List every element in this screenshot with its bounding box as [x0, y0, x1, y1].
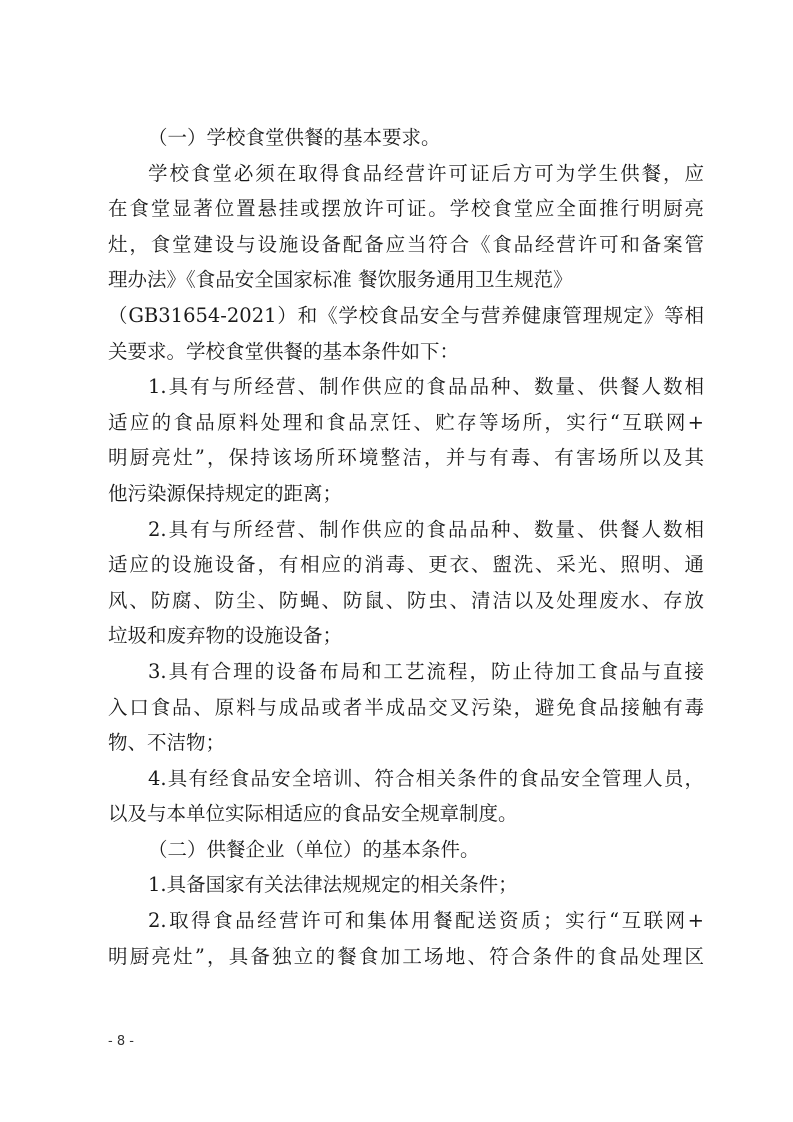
paragraph-line: 关要求。学校食堂供餐的基本条件如下：: [108, 334, 704, 370]
section-heading-2: （二）供餐企业（单位）的基本条件。: [108, 832, 704, 868]
list-item-line: 风、防腐、防尘、防蝇、防鼠、防虫、清洁以及处理废水、存放: [108, 583, 704, 619]
paragraph-line: 灶，食堂建设与设施设备配备应当符合《食品经营许可和备案管: [108, 227, 704, 263]
document-page: （一）学校食堂供餐的基本要求。 学校食堂必须在取得食品经营许可证后方可为学生供餐…: [0, 0, 793, 1122]
section-heading-1: （一）学校食堂供餐的基本要求。: [108, 120, 704, 156]
paragraph-line: （GB31654-2021）和《学校食品安全与营养健康管理规定》等相: [108, 298, 704, 334]
page-number: - 8 -: [108, 1034, 134, 1049]
list-item-line: 适应的设施设备，有相应的消毒、更衣、盥洗、采光、照明、通: [108, 547, 704, 583]
list-item-line: 1.具备国家有关法律法规规定的相关条件；: [108, 867, 704, 903]
paragraph-line: 理办法》《食品安全国家标准 餐饮服务通用卫生规范》: [108, 262, 704, 298]
list-item-line: 明厨亮灶”，具备独立的餐食加工场地、符合条件的食品处理区: [108, 939, 704, 975]
list-item-line: 明厨亮灶”，保持该场所环境整洁，并与有毒、有害场所以及其: [108, 440, 704, 476]
list-item-line: 4.具有经食品安全培训、符合相关条件的食品安全管理人员，: [108, 761, 704, 797]
list-item-line: 2.取得食品经营许可和集体用餐配送资质；实行“互联网+: [108, 903, 704, 939]
list-item-line: 入口食品、原料与成品或者半成品交叉污染，避免食品接触有毒: [108, 690, 704, 726]
list-item-line: 物、不洁物；: [108, 725, 704, 761]
paragraph-line: 学校食堂必须在取得食品经营许可证后方可为学生供餐，应: [108, 156, 704, 192]
list-item-line: 3.具有合理的设备布局和工艺流程，防止待加工食品与直接: [108, 654, 704, 690]
list-item-line: 1.具有与所经营、制作供应的食品品种、数量、供餐人数相: [108, 369, 704, 405]
paragraph-line: 在食堂显著位置悬挂或摆放许可证。学校食堂应全面推行明厨亮: [108, 191, 704, 227]
document-body: （一）学校食堂供餐的基本要求。 学校食堂必须在取得食品经营许可证后方可为学生供餐…: [108, 120, 704, 974]
list-item-line: 他污染源保持规定的距离；: [108, 476, 704, 512]
list-item-line: 适应的食品原料处理和食品烹饪、贮存等场所，实行“互联网+: [108, 405, 704, 441]
list-item-line: 以及与本单位实际相适应的食品安全规章制度。: [108, 796, 704, 832]
list-item-line: 2.具有与所经营、制作供应的食品品种、数量、供餐人数相: [108, 512, 704, 548]
list-item-line: 垃圾和废弃物的设施设备；: [108, 618, 704, 654]
